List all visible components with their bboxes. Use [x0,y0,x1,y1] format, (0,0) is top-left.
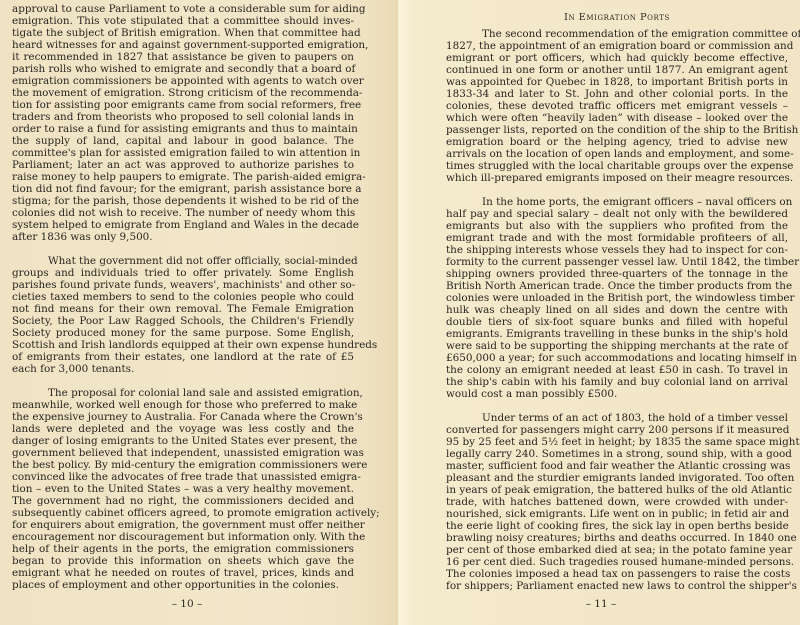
text-line: emigration board or the helping agency, … [446,136,788,148]
right-page: In Emigration Ports The second recommend… [398,0,800,625]
text-line: order to raise a fund for assisting emig… [12,123,354,135]
paragraph: approval to cause Parliament to vote a c… [12,3,354,243]
text-line: the supply of land, capital and labour i… [12,135,354,147]
text-line: for shippers; Parliament enacted new law… [446,580,788,592]
text-line: lands were depleted and the voyage was l… [12,423,354,435]
text-line: The colonies imposed a head tax on passe… [446,568,788,580]
text-line: emigration commissioners be appointed wi… [12,75,354,87]
text-line: encouragement nor discouragement but inf… [12,531,354,543]
text-line: The proposal for colonial land sale and … [12,387,354,399]
paragraph: The second recommendation of the emigrat… [446,28,788,184]
text-line: 16 per cent died. Such tragedies roused … [446,556,788,568]
text-line: meanwhile, worked well enough for those … [12,399,354,411]
text-line: were said to be supporting the shipping … [446,340,788,352]
text-line: of emigrants from their estates, one lan… [12,351,354,363]
text-line: tion – even to the United States – was a… [12,483,354,495]
text-line: government believed that independent, un… [12,447,354,459]
text-line: colonies were unloaded in the British po… [446,292,788,304]
text-line: Society produced money for the same purp… [12,327,354,339]
text-line: per cent of those embarked died at sea; … [446,544,788,556]
text-line: approval to cause Parliament to vote a c… [12,3,354,15]
text-line: traders and from theorists who proposed … [12,111,354,123]
text-line: the eerie light of cooking fires, the si… [446,520,788,532]
text-line: Society, the Poor Law Ragged Schools, th… [12,315,354,327]
text-line: hulk was cheaply lined on all sides and … [446,304,788,316]
text-line: after 1836 was only 9,500. [12,231,354,243]
text-line: which ill-prepared emigrants imposed on … [446,172,788,184]
text-line: What the government did not offer offici… [12,255,354,267]
text-line: the colony an emigrant needed at least £… [446,364,788,376]
text-line: the shipping interests whose vessels the… [446,244,788,256]
text-line: emigrants but also with the suppliers wh… [446,220,788,232]
text-line: arrivals on the location of open lands a… [446,148,788,160]
text-line: passenger lists, reported on the conditi… [446,124,788,136]
text-line: danger of losing emigrants to the United… [12,435,354,447]
paragraph: What the government did not offer offici… [12,255,354,375]
text-line: shipping owners provided three-quarters … [446,268,788,280]
paragraph: Under terms of an act of 1803, the hold … [446,412,788,592]
text-line: tion did not find favour; for the emigra… [12,183,354,195]
text-line: for enquirers about emigration, the gove… [12,519,354,531]
text-line: half pay and special salary – dealt not … [446,208,788,220]
text-line: cieties taxed members to send to the col… [12,291,354,303]
text-line: 1833-34 and later to St. John and other … [446,88,788,100]
text-line: emigrant or port officers, which had qui… [446,52,788,64]
text-line: nourished, sick emigrants. Life went on … [446,508,788,520]
text-line: committee's plan for assisted emigration… [12,147,354,159]
text-line: raise money to help paupers to emigrate.… [12,171,354,183]
text-line: emigration. This vote stipulated that a … [12,15,354,27]
text-line: emigrant what he needed on routes of tra… [12,567,354,579]
text-line: formity to the current passenger vessel … [446,256,788,268]
paragraph: In the home ports, the emigrant officers… [446,196,788,400]
text-line: emigrant trade and with the most formida… [446,232,788,244]
text-line: help of their agents in the ports, the e… [12,543,354,555]
text-line: places of employment and other opportuni… [12,579,354,591]
text-line: In the home ports, the emigrant officers… [446,196,788,208]
text-line: convinced like the advocates of free tra… [12,471,354,483]
text-line: The second recommendation of the emigrat… [446,28,788,40]
text-line: groups and individuals tried to offer pr… [12,267,354,279]
text-line: master, sufficient food and fair weather… [446,460,788,472]
text-line: was appointed for Quebec in 1828, to imp… [446,76,788,88]
text-line: would cost a man possibly £500. [446,388,788,400]
left-page: approval to cause Parliament to vote a c… [0,0,398,625]
text-line: times struggled with the local charitabl… [446,160,788,172]
text-line: in years of peak emigration, the battere… [446,484,788,496]
paragraph: The proposal for colonial land sale and … [12,387,354,591]
text-line: 95 by 25 feet and 5½ feet in height; by … [446,436,788,448]
text-line: tion for assisting poor emigrants came f… [12,99,354,111]
text-line: the expensive journey to Australia. For … [12,411,354,423]
text-line: The government had no right, the commiss… [12,495,354,507]
text-line: pleasant and the sturdier emigrants land… [446,472,788,484]
text-line: the ship's cabin with his family and buy… [446,376,788,388]
text-line: continued in one form or another until 1… [446,64,788,76]
text-line: stigma; for the parish, those dependents… [12,195,354,207]
text-line: parish rolls who wished to emigrate and … [12,63,354,75]
text-line: Scottish and Irish landlords equipped at… [12,339,354,351]
text-line: trade, with hatches battened down, were … [446,496,788,508]
text-line: colonies, these devoted traffic officers… [446,100,788,112]
text-line: British North American trade. Once the t… [446,280,788,292]
text-line: began to provide this information on she… [12,555,354,567]
text-line: not find means for their own removal. Th… [12,303,354,315]
text-line: emigrants. Emigrants travelling in these… [446,328,788,340]
text-line: system helped to emigrate from England a… [12,219,354,231]
text-line: 1827, the appointment of an emigration b… [446,40,788,52]
running-head: In Emigration Ports [446,12,788,24]
text-line: Parliament; later an act was approved to… [12,159,354,171]
text-line: legally carry 240. Sometimes in a strong… [446,448,788,460]
text-line: tigate the subject of British emigration… [12,27,354,39]
text-line: parishes found private funds, weavers', … [12,279,354,291]
text-line: the movement of emigration. Strong criti… [12,87,354,99]
right-page-text: In Emigration Ports The second recommend… [446,3,788,604]
text-line: double tiers of six-foot square bunks an… [446,316,788,328]
text-line: heard witnesses for and against governme… [12,39,354,51]
text-line: £650,000 a year; for such accommodations… [446,352,788,364]
book-gutter [396,0,400,625]
text-line: brawling noisy creatures; births and dea… [446,532,788,544]
text-line: the best policy. By mid-century the emig… [12,459,354,471]
text-line: converted for passengers might carry 200… [446,424,788,436]
book-spread: approval to cause Parliament to vote a c… [0,0,800,625]
text-line: it recommended in 1827 that assistance b… [12,51,354,63]
left-page-text: approval to cause Parliament to vote a c… [12,3,354,603]
text-line: each for 3,000 tenants. [12,363,354,375]
text-line: subsequently cabinet officers agreed, to… [12,507,354,519]
text-line: Under terms of an act of 1803, the hold … [446,412,788,424]
text-line: colonies did not wish to receive. The nu… [12,207,354,219]
page-number-left: – 10 – [0,598,386,610]
page-number-right: – 11 – [400,598,800,610]
text-line: which were often “heavily laden” with di… [446,112,788,124]
